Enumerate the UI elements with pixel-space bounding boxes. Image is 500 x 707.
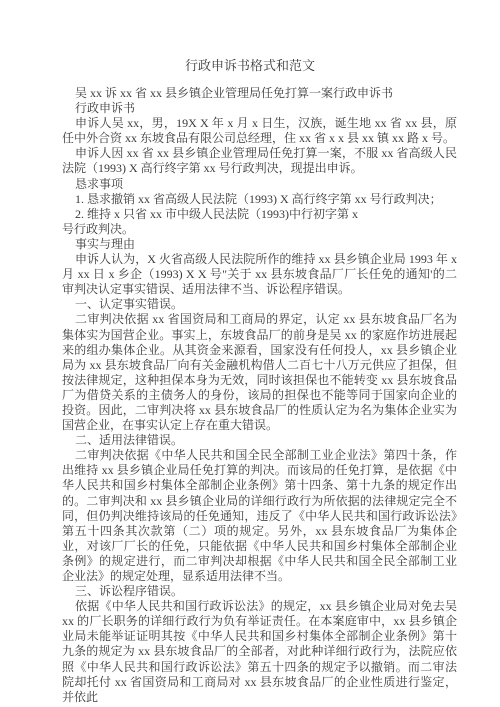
paragraph: 申诉人认为，X 火省高级人民法院所作的维持 xx 县乡镇企业局 1993 年 x…: [62, 252, 457, 297]
paragraph: 事实与理由: [62, 237, 457, 252]
paragraph: 恳求事项: [62, 177, 457, 192]
paragraph: 一、认定事实错误。: [62, 297, 457, 312]
paragraph: 二、适用法律错误。: [62, 433, 457, 448]
page-title: 行政申诉书格式和范文: [0, 57, 500, 74]
paragraph: 1. 恳求撤销 xx 省高级人民法院（1993) X 高行终字第 xx 号行政判…: [62, 192, 457, 207]
paragraph: 依据《中华人民共和国行政诉讼法》的规定，xx 县乡镇企业局对免去吴 xx 的厂长…: [62, 599, 457, 705]
paragraph: 二审判决依据《中华人民共和国全民全部制工业企业法》第四十条，作出维持 xx 县乡…: [62, 448, 457, 584]
paragraph: 2. 维持 x 只省 xx 市中级人民法院（1993)中行初字第 x 号行政判决…: [62, 207, 457, 237]
document-body: 吴 xx 诉 xx 省 xx 县乡镇企业管理局任免打算一案行政申诉书 行政申诉书…: [62, 86, 457, 705]
document-page: 行政申诉书格式和范文 吴 xx 诉 xx 省 xx 县乡镇企业管理局任免打算一案…: [0, 0, 500, 707]
paragraph: 二审判决依据 xx 省国资局和工商局的界定，认定 xx 县东坡食品厂名为集体实为…: [62, 312, 457, 433]
paragraph: 三、诉讼程序错误。: [62, 584, 457, 599]
paragraph: 申诉人因 xx 省 xx 县乡镇企业管理局任免打算一案，不服 xx 省高级人民法…: [62, 146, 457, 176]
paragraph: 申诉人吴 xx，男，19X X 年 x 月 x 日生，汉族，诞生地 xx 省 x…: [62, 116, 457, 146]
paragraph: 吴 xx 诉 xx 省 xx 县乡镇企业管理局任免打算一案行政申诉书: [62, 86, 457, 101]
paragraph: 行政申诉书: [62, 101, 457, 116]
